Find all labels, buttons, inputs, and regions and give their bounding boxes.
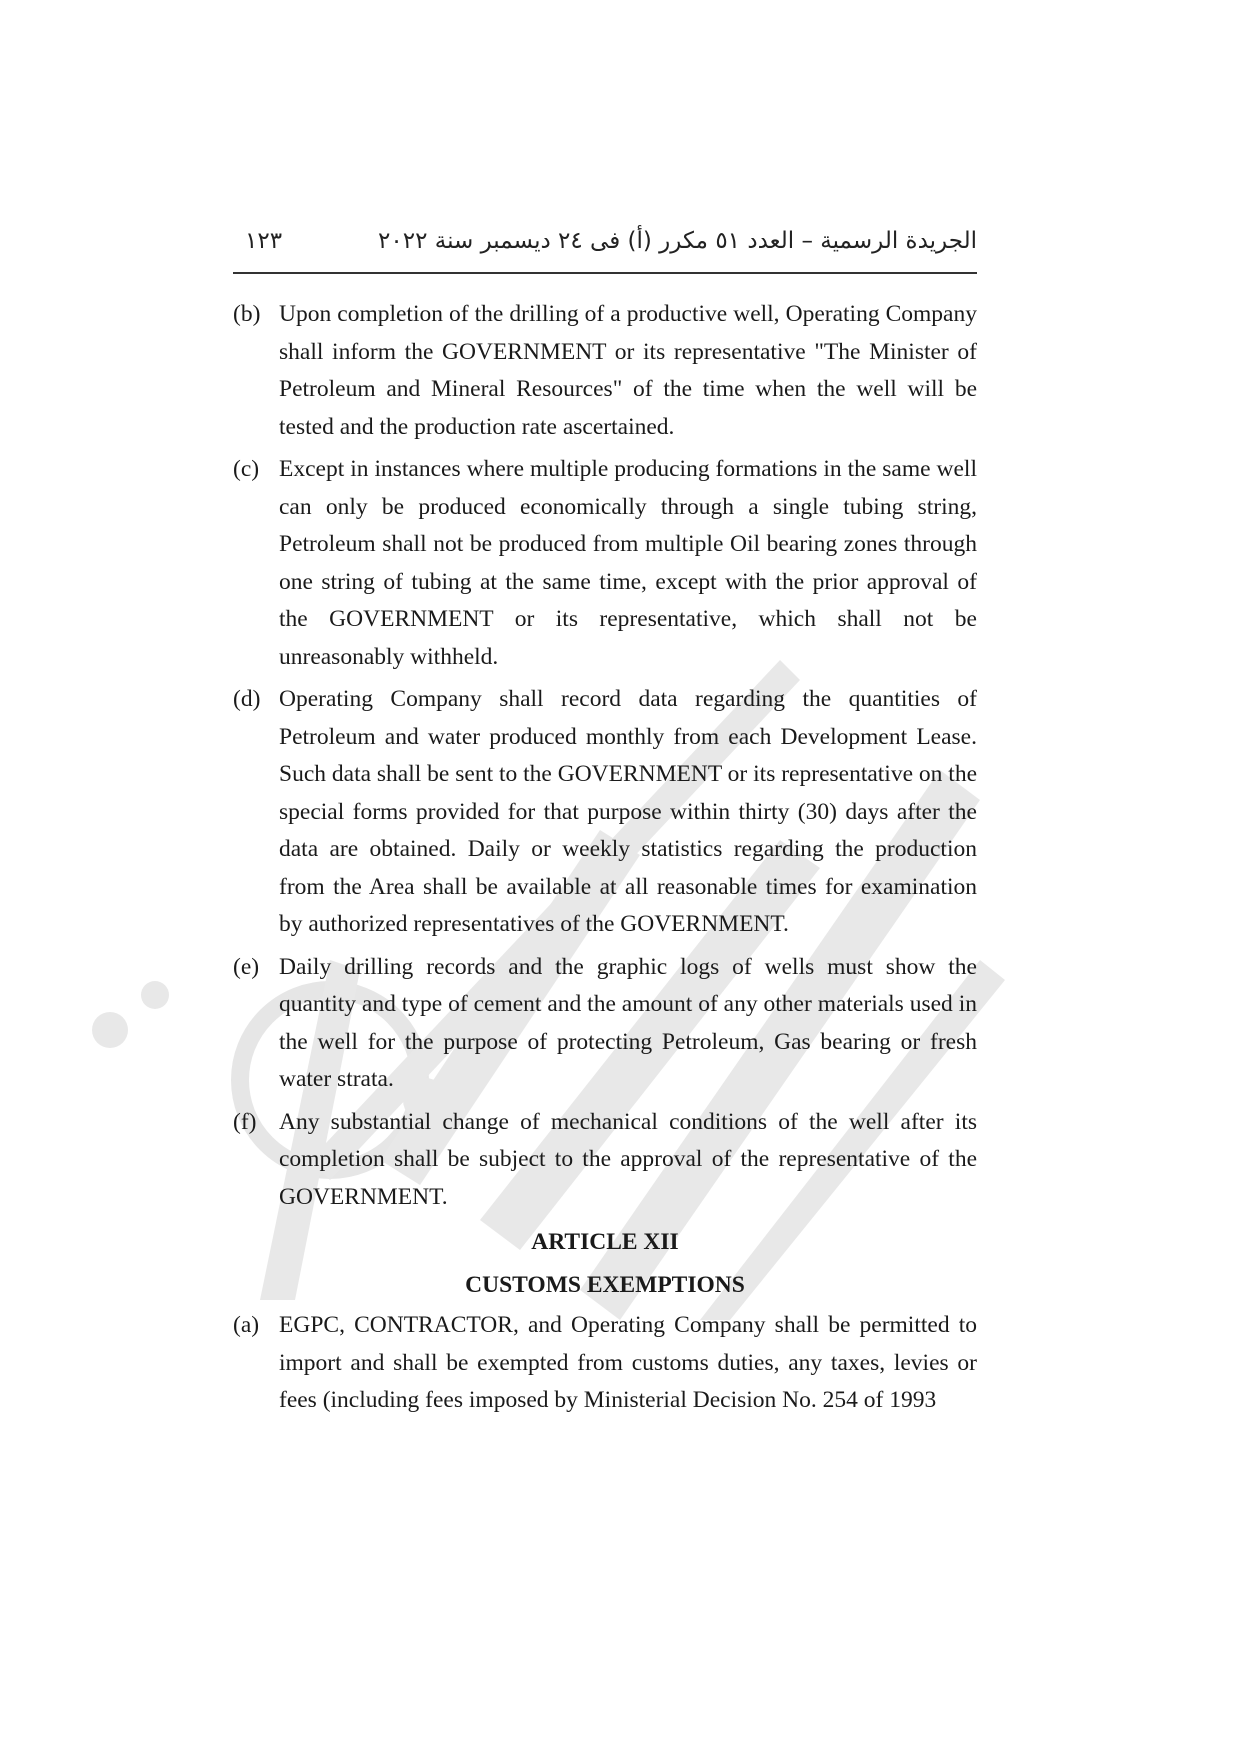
gazette-title: الجريدة الرسمية – العدد ٥١ مكرر (أ) فى ٢… [378,228,977,254]
clause-text: Upon completion of the drilling of a pro… [279,301,977,440]
clause-label: (d) [233,681,260,719]
clause-text: Operating Company shall record data rega… [279,686,977,937]
clause-label: (e) [233,949,259,987]
clause-text: Daily drilling records and the graphic l… [279,954,977,1093]
page-number: ١٢٣ [245,228,282,254]
document-body: (b) Upon completion of the drilling of a… [233,296,977,1425]
clause-text: EGPC, CONTRACTOR, and Operating Company … [279,1312,977,1413]
clause-d: (d) Operating Company shall record data … [233,681,977,944]
article-number: ARTICLE XII [233,1221,977,1264]
clause-label: (c) [233,451,259,489]
clause-text: Except in instances where multiple produ… [279,456,977,670]
clause-e: (e) Daily drilling records and the graph… [233,949,977,1099]
header-divider [233,272,977,274]
clause-label: (b) [233,296,260,334]
clause-b: (b) Upon completion of the drilling of a… [233,296,977,446]
page-header: الجريدة الرسمية – العدد ٥١ مكرر (أ) فى ٢… [233,228,977,262]
article-title: CUSTOMS EXEMPTIONS [233,1264,977,1307]
clause-label: (a) [233,1307,259,1345]
clause-f: (f) Any substantial change of mechanical… [233,1104,977,1217]
clause-text: Any substantial change of mechanical con… [279,1109,977,1210]
article-clause-a: (a) EGPC, CONTRACTOR, and Operating Comp… [233,1307,977,1420]
clause-label: (f) [233,1104,256,1142]
clause-c: (c) Except in instances where multiple p… [233,451,977,676]
